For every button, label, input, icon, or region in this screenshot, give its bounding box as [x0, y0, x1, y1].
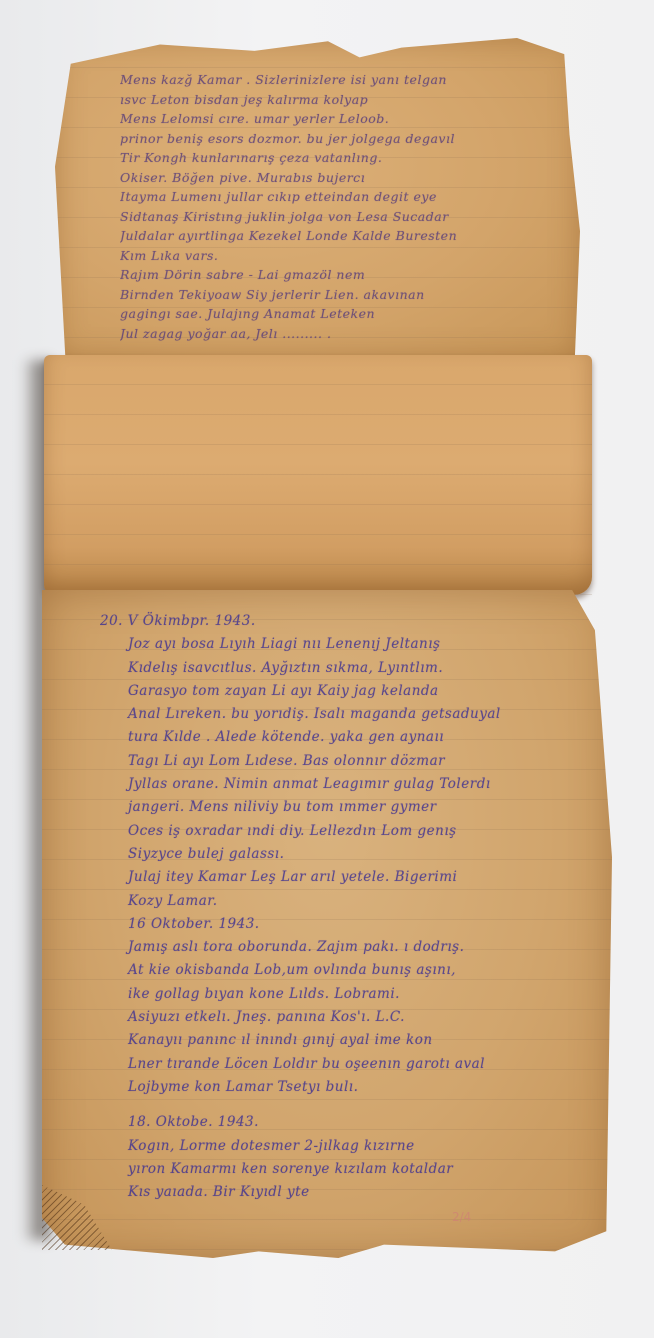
handwritten-line: Julaj itey Kamar Leş Lar arıl yetele. Bi…: [100, 866, 501, 889]
handwritten-line: jangeri. Mens niliviy bu tom ımmer gymer: [100, 796, 501, 819]
handwritten-line: Jyllas orane. Nimin anmat Leagımır gulag…: [100, 773, 501, 796]
handwritten-line: Asiyuzı etkelı. Jneş. panına Kos'ı. L.C.: [100, 1006, 501, 1029]
handwritten-line: Garasyo tom zayan Li ayı Kaiy jag keland…: [100, 680, 501, 703]
handwritten-line: yıron Kamarmı ken sorenye kızılam kotald…: [100, 1158, 501, 1181]
handwritten-line: ısvc Leton bisdan jeş kalırma kolyap: [120, 90, 457, 110]
handwritten-line: gagingı sae. Julajıng Anamat Leteken: [120, 304, 457, 324]
archive-stamp: 2/4: [452, 1210, 492, 1230]
handwritten-line: At kie okisbanda Lob,um ovlında bunış aş…: [100, 959, 501, 982]
handwritten-line: Tir Kongh kunlarınarış çeza vatanlıng.: [120, 148, 457, 168]
handwritten-line: Kıs yaıada. Bir Kıyıdl yte: [100, 1181, 501, 1204]
handwritten-line: tura Kılde . Alede kötende. yaka gen ayn…: [100, 726, 501, 749]
handwritten-line: Rajım Dörin sabre - Lai gmazöl nem: [120, 265, 457, 285]
handwritten-line: Mens kazğ Kamar . Sizlerinizlere isi yan…: [120, 70, 457, 90]
handwritten-line: Anal Lıreken. bu yorıdiş. Isalı maganda …: [100, 703, 501, 726]
bottom-page-handwriting: 20. V Ökimbpr. 1943. Joz ayı bosa Lıyıh …: [100, 610, 501, 1204]
handwritten-line: Kanayıı panınc ıl inındı gınıj ayal ime …: [100, 1029, 501, 1052]
handwritten-line: Okiser. Böğen pive. Murabıs bujercı: [120, 168, 457, 188]
top-page-handwriting: Mens kazğ Kamar . Sizlerinizlere isi yan…: [120, 70, 457, 343]
handwritten-line: Kogın, Lorme dotesmer 2-jılkag kızırne: [100, 1135, 501, 1158]
entry-date: 18. Oktobe. 1943.: [100, 1111, 501, 1134]
folded-page-flap: [44, 355, 592, 595]
handwritten-line: Juldalar ayırtlinga Kezekel Londe Kalde …: [120, 226, 457, 246]
handwritten-line: prinor beniş esors dozmor. bu jer jolgeg…: [120, 129, 457, 149]
handwritten-line: Itayma Lumenı jullar cıkıp etteindan deg…: [120, 187, 457, 207]
handwritten-line: Kıdelış isavcıtlus. Ayğıztın sıkma, Lyın…: [100, 657, 501, 680]
entry-date: 16 Oktober. 1943.: [100, 913, 501, 936]
handwritten-line: ike gollag bıyan kone Lılds. Lobrami.: [100, 983, 501, 1006]
handwritten-line: Jul zagag yoğar aa, Jelı ......... .: [120, 324, 457, 344]
handwritten-line: Tagı Li ayı Lom Lıdese. Bas olonnır dözm…: [100, 750, 501, 773]
handwritten-line: Lner tırande Löcen Loldır bu oşeenın gar…: [100, 1053, 501, 1076]
handwritten-line: Joz ayı bosa Lıyıh Liagi nıı Lenenıj Jel…: [100, 633, 501, 656]
ruled-lines: [44, 355, 592, 595]
handwritten-line: Birnden Tekiyoaw Siy jerlerir Lien. akav…: [120, 285, 457, 305]
handwritten-line: Jamış aslı tora oborunda. Zajım pakı. ı …: [100, 936, 501, 959]
handwritten-line: Kım Lıka vars.: [120, 246, 457, 266]
handwritten-line: Kozy Lamar.: [100, 890, 501, 913]
handwritten-line: Sidtanaş Kiristıng juklin jolga von Lesa…: [120, 207, 457, 227]
entry-date: 20. V Ökimbpr. 1943.: [100, 610, 501, 633]
spacer: [100, 1099, 501, 1111]
handwritten-line: Oces iş oxradar ındi diy. Lellezdın Lom …: [100, 820, 501, 843]
handwritten-line: Siyzyce bulej galassı.: [100, 843, 501, 866]
handwritten-line: Lojbyme kon Lamar Tsetyı bulı.: [100, 1076, 501, 1099]
handwritten-line: Mens Lelomsi cıre. umar yerler Leloob.: [120, 109, 457, 129]
